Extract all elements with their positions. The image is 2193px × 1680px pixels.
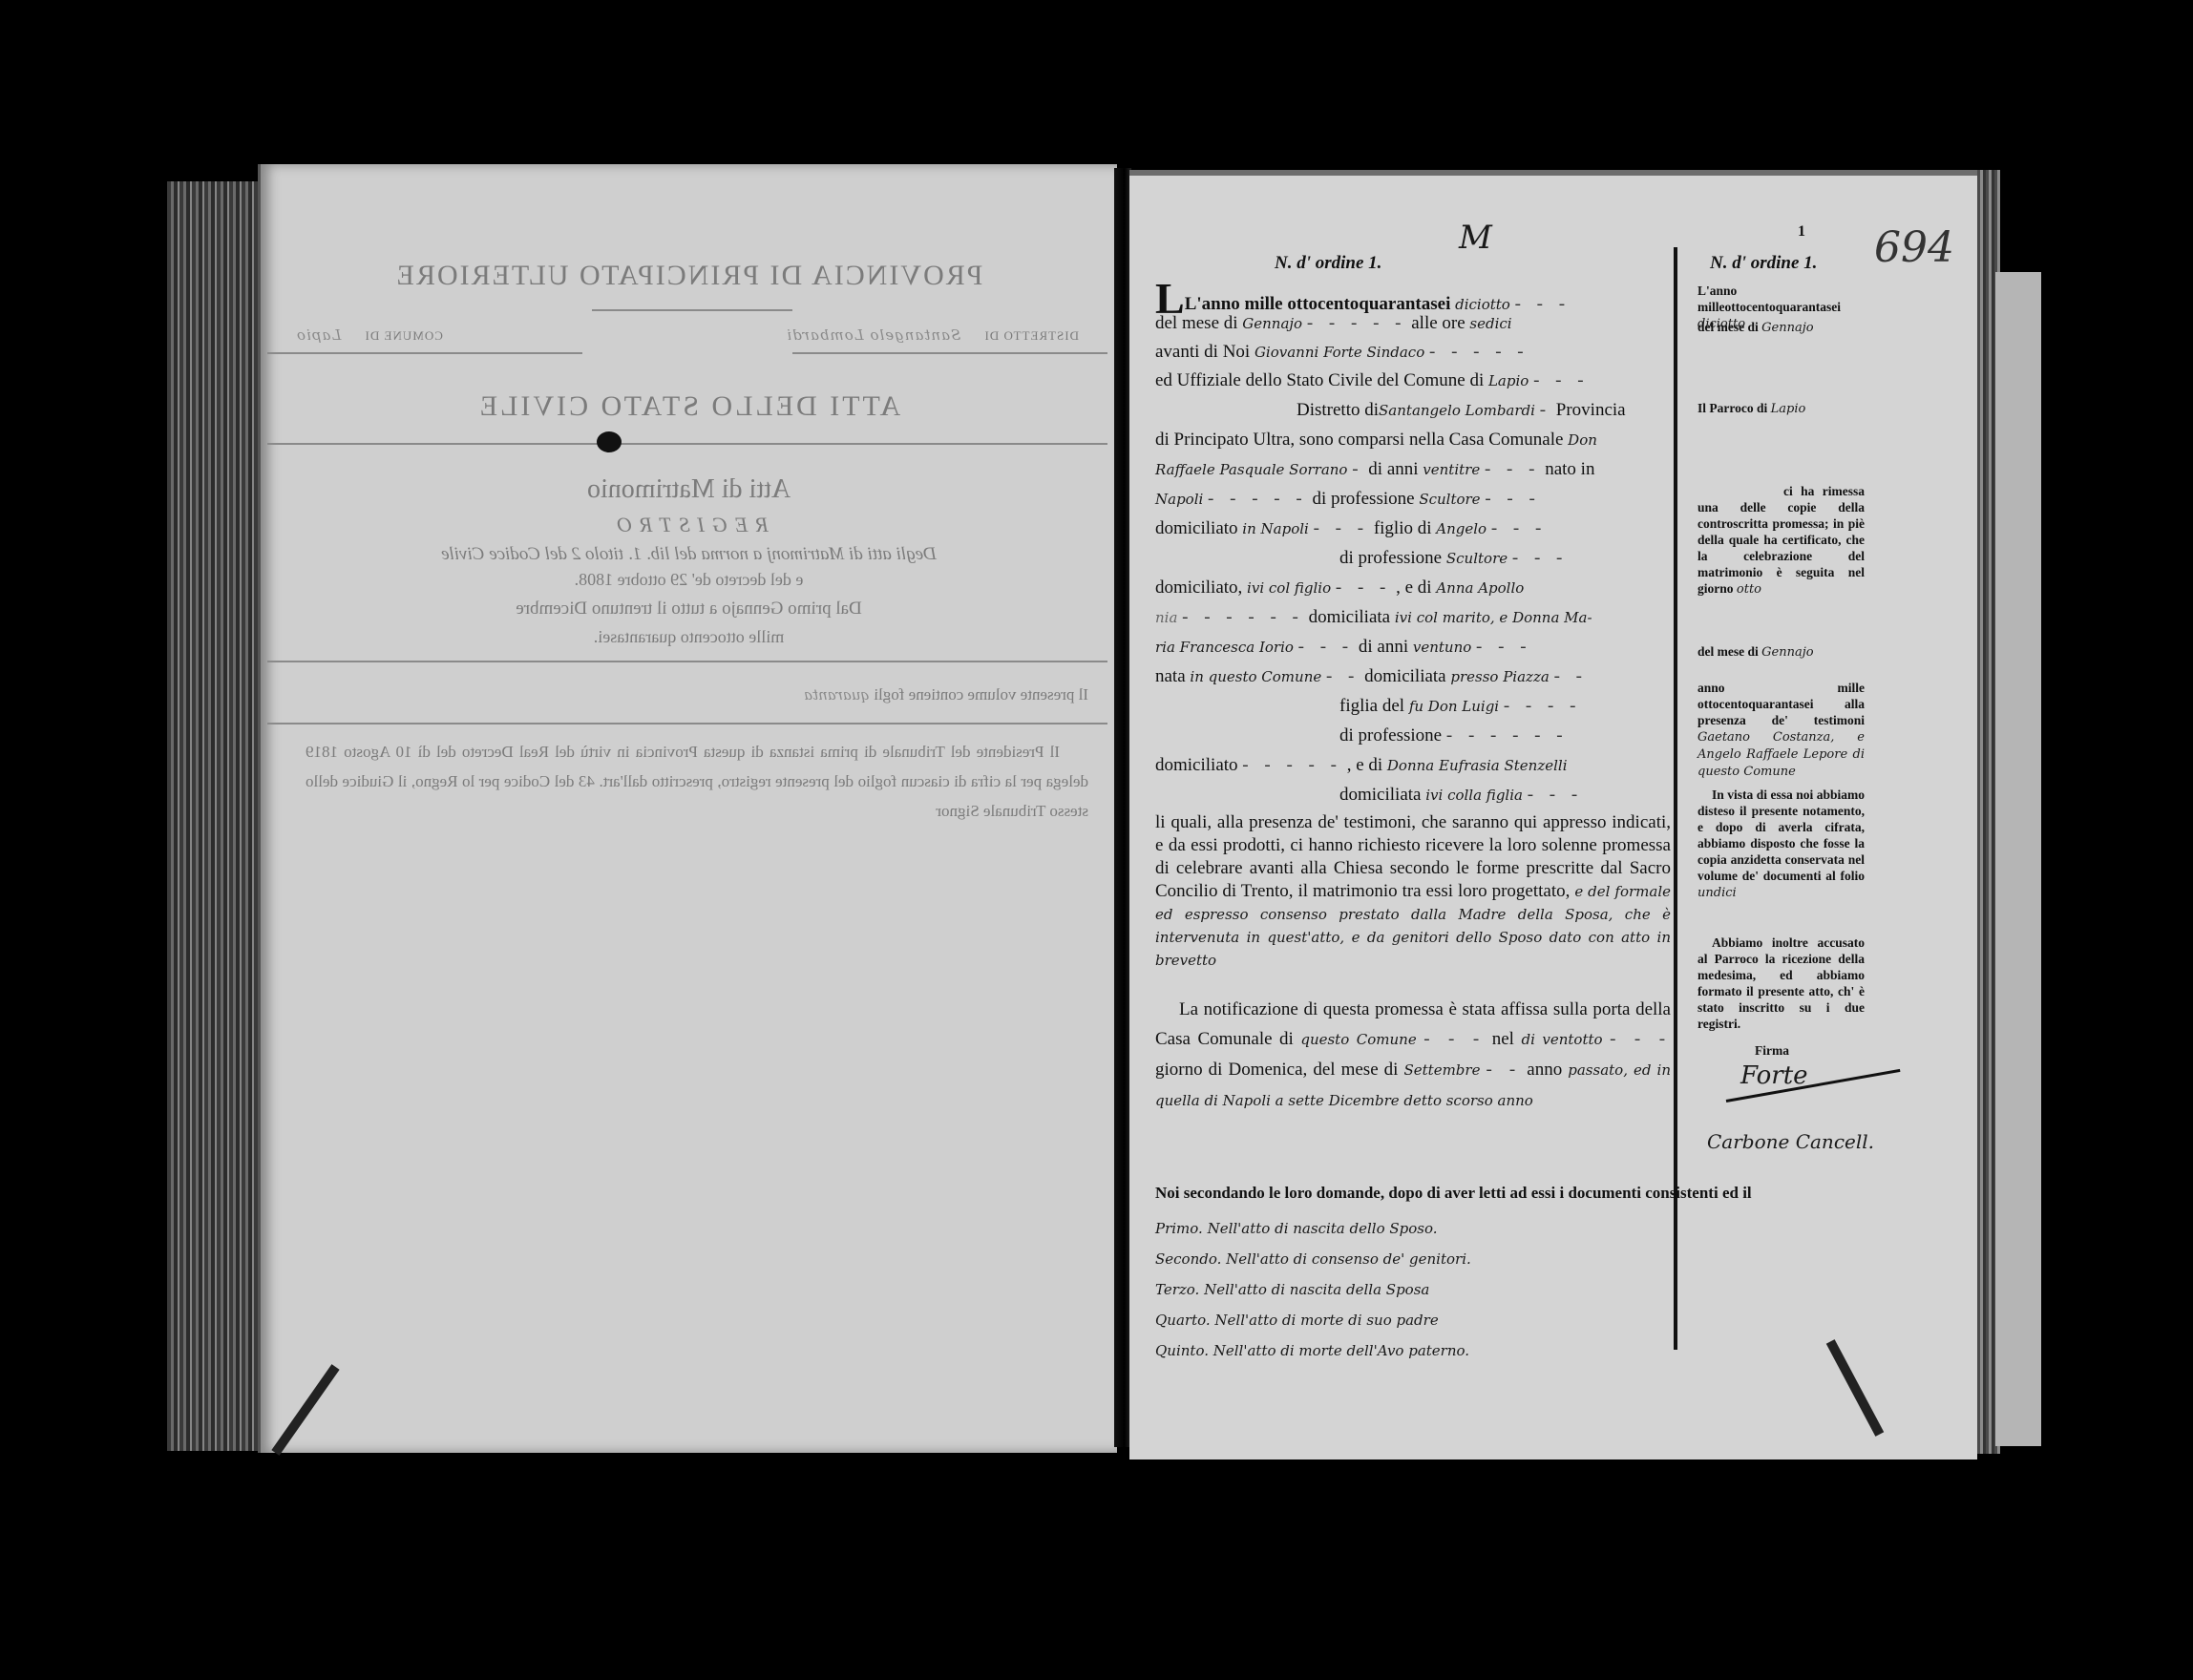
comune-label: COMUNE DI: [365, 328, 443, 343]
side-rimessa: ci ha rimessa una delle copie della cont…: [1697, 483, 1865, 598]
side-parroco: Il Parroco di Lapio: [1697, 400, 1865, 417]
registro-line-2: e del decreto de' 29 ottobre 1808.: [261, 570, 1117, 590]
presidente-paragraph: Il Presidente del Tribunale di prima ist…: [306, 737, 1088, 826]
left-page-edges: [167, 181, 272, 1451]
form-line-groom-name: Raffaele Pasquale Sorrano - di anni vent…: [1155, 458, 1594, 481]
form-line-groom-father: domiciliato in Napoli - - - figlio di An…: [1155, 517, 1547, 540]
form-line-month: del mese di Gennajo - - - - - alle ore s…: [1155, 312, 1512, 335]
distretto-value: Santangelo Lombardi: [786, 326, 960, 344]
documents-list: Primo. Nell'atto di nascita dello Sposo.…: [1155, 1213, 1471, 1366]
divider: [267, 443, 1107, 445]
form-line-mother-domicile: nia - - - - - - domiciliata ivi col mari…: [1155, 606, 1592, 629]
divider: [267, 723, 1107, 724]
side-month: del mese di Gennajo: [1697, 319, 1865, 336]
form-line-provincia: di Principato Ultra, sono comparsi nella…: [1155, 429, 1597, 451]
divider: [792, 352, 1107, 354]
registro-label: REGISTRO: [261, 513, 1117, 537]
district-line: DISTRETTO DI Santangelo Lombardi COMUNE …: [296, 326, 1079, 344]
next-page-flap: [1995, 272, 2041, 1446]
document-item: Secondo. Nell'atto di consenso de' genit…: [1155, 1244, 1471, 1274]
side-testimoni: anno mille ottocentoquarantasei alla pre…: [1697, 680, 1865, 780]
document-item: Primo. Nell'atto di nascita dello Sposo.: [1155, 1213, 1471, 1244]
form-line-groom-profession: Napoli - - - - - di professione Scultore…: [1155, 488, 1541, 511]
volume-value: quaranta: [804, 686, 870, 703]
comune-value: Lapio: [296, 326, 341, 344]
document-item: Quinto. Nell'atto di morte dell'Avo pate…: [1155, 1335, 1471, 1366]
initials-mark: M: [1459, 219, 1492, 257]
signature-sindaco: Forte: [1740, 1061, 1808, 1090]
document-item: Terzo. Nell'atto di nascita della Sposa: [1155, 1274, 1471, 1305]
signature-cancelliere: Carbone Cancell.: [1707, 1130, 1874, 1153]
order-number: N. d' ordine 1.: [1275, 253, 1381, 274]
mirrored-bleedthrough-text: PROVINCIA DI PRINCIPATO ULTERIORE DISTRE…: [261, 164, 1117, 1453]
divider: [592, 309, 792, 311]
distretto-label: DISTRETTO DI: [983, 328, 1079, 343]
left-page: PROVINCIA DI PRINCIPATO ULTERIORE DISTRE…: [258, 164, 1117, 1453]
documents-intro: Noi secondando le loro domande, dopo di …: [1155, 1184, 1752, 1203]
form-line-distretto: Distretto diSantangelo Lombardi - Provin…: [1297, 399, 1626, 422]
firma-label: Firma: [1697, 1042, 1865, 1059]
open-register-book: PROVINCIA DI PRINCIPATO ULTERIORE DISTRE…: [0, 0, 2193, 1680]
form-line-father-profession: di professione Scultore - - -: [1339, 547, 1568, 570]
side-accusato: Abbiamo inoltre accusato al Parroco la r…: [1697, 934, 1865, 1032]
form-line-officer: avanti di Noi Giovanni Forte Sindaco - -…: [1155, 341, 1529, 364]
promise-paragraph: li quali, alla presenza de' testimoni, c…: [1155, 811, 1671, 972]
ink-blot: [597, 431, 622, 452]
divider: [267, 352, 582, 354]
page-number: 1: [1798, 223, 1805, 241]
form-line-groom-mother: domiciliato, ivi col figlio - - - , e di…: [1155, 577, 1524, 599]
right-page: 1 694 M N. d' ordine 1. LL'anno mille ot…: [1129, 170, 1977, 1459]
side-vista: In vista di essa noi abbiamo disteso il …: [1697, 787, 1865, 901]
form-line-bride-birth: nata in questo Comune - - domiciliata pr…: [1155, 665, 1588, 688]
form-line-comune: ed Uffiziale dello Stato Civile del Comu…: [1155, 369, 1590, 392]
registro-line-3: Dal primo Gennajo a tutto il trentuno Di…: [261, 598, 1117, 619]
form-line-bride-name: ria Francesca Iorio - - - di anni ventun…: [1155, 636, 1532, 659]
provincia-title: PROVINCIA DI PRINCIPATO ULTERIORE: [261, 260, 1117, 292]
subtitle: Atti di Matrimonio: [261, 474, 1117, 505]
side-month-2: del mese di Gennajo: [1697, 643, 1865, 661]
atti-title: ATTI DELLO STATO CIVILE: [261, 390, 1117, 423]
divider: [267, 661, 1107, 662]
bookmark-ribbon: [1826, 1339, 1884, 1437]
form-line-bride-mother: domiciliato - - - - - , e di Donna Eufra…: [1155, 754, 1568, 777]
archive-number: 694: [1874, 223, 1954, 272]
form-line-bride-father: figlia del fu Don Luigi - - - -: [1339, 695, 1581, 718]
form-line-bride-mother-domicile: domiciliata ivi colla figlia - - -: [1339, 784, 1583, 807]
registro-line-1: Degli atti di Matrimonj a norma del lib.…: [261, 544, 1117, 565]
volume-line: Il presente volume contiene fogli quaran…: [306, 680, 1088, 710]
form-line-bride-father-profession: di professione - - - - - -: [1339, 724, 1569, 747]
volume-text: Il presente volume contiene fogli: [874, 685, 1088, 703]
document-item: Quarto. Nell'atto di morte di suo padre: [1155, 1305, 1471, 1335]
notification-paragraph: La notificazione di questa promessa è st…: [1155, 995, 1671, 1116]
registro-line-4: mille ottocento quarantasei.: [261, 627, 1117, 647]
side-order-number: N. d' ordine 1.: [1710, 253, 1817, 274]
